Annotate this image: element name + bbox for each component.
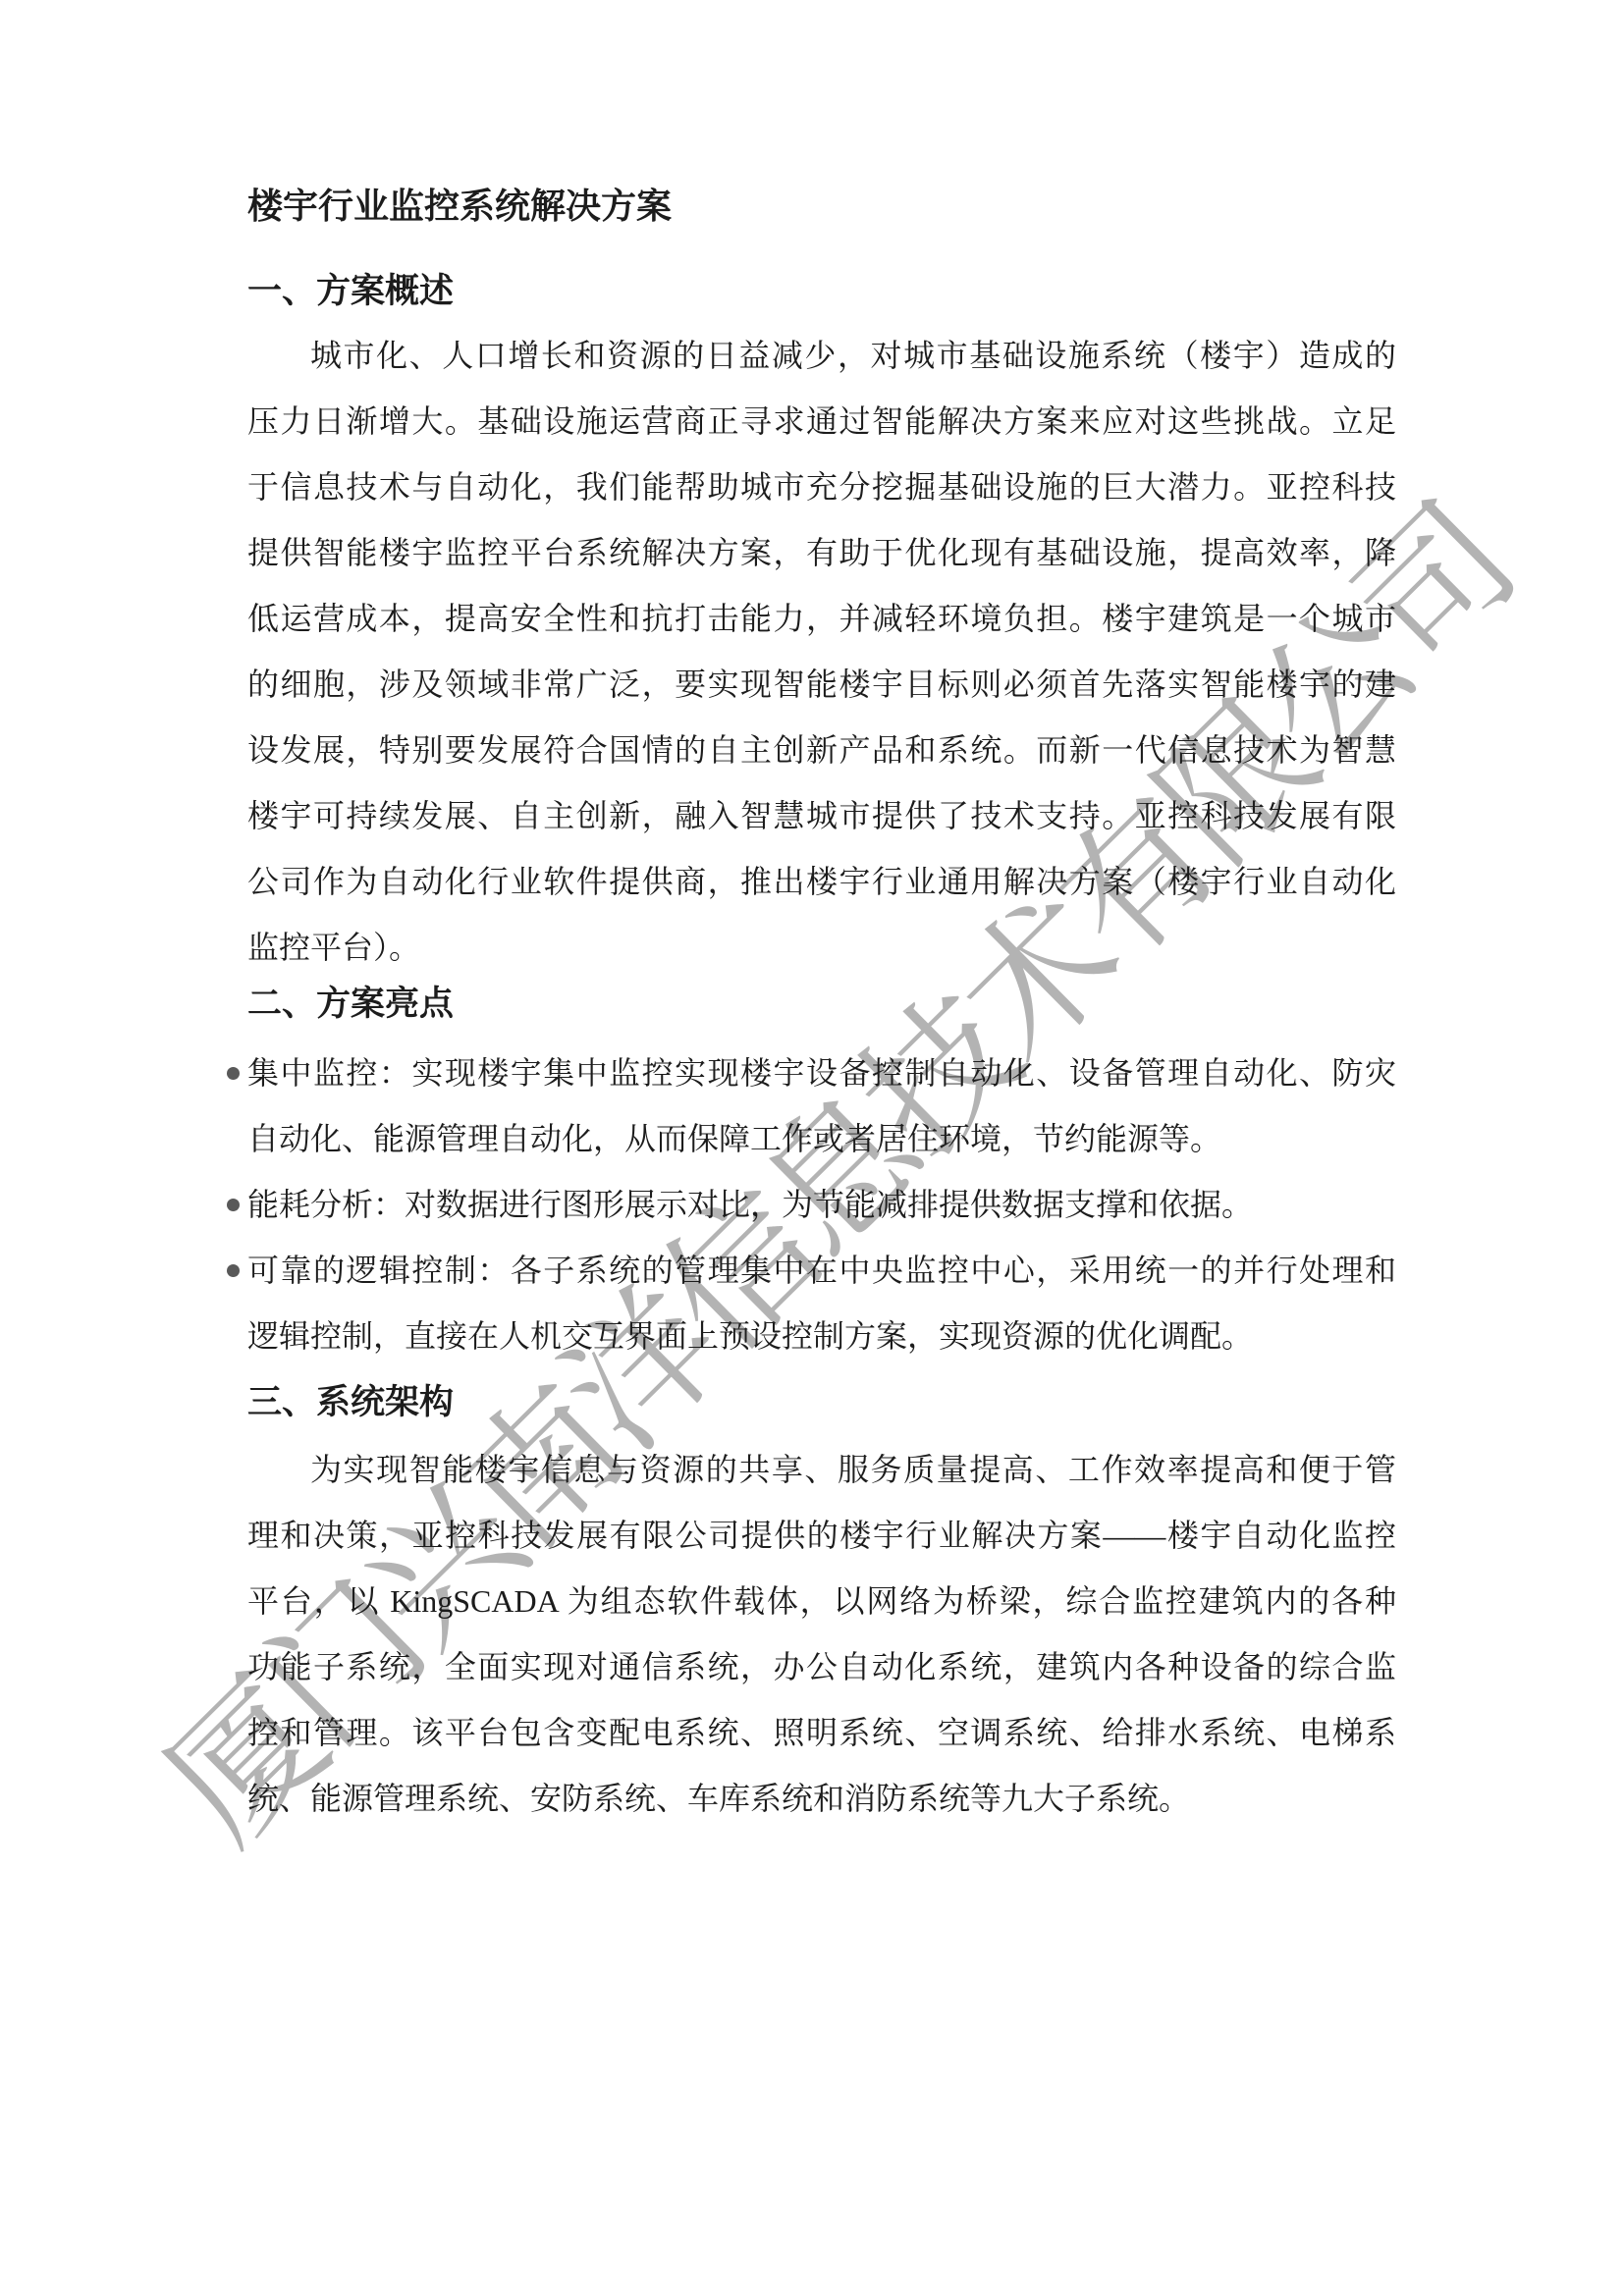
- text-line: 平台，以 KingSCADA 为组态软件载体，以网络为桥梁，综合监控建筑内的各种: [247, 1569, 1396, 1634]
- text-line: 低运营成本，提高安全性和抗打击能力，并减轻环境负担。楼宇建筑是一个城市: [247, 586, 1396, 652]
- section-heading: 三、系统架构: [247, 1369, 1396, 1435]
- document-title: 楼宇行业监控系统解决方案: [247, 180, 672, 233]
- bullet-icon: [227, 1067, 240, 1080]
- bullet-icon: [227, 1199, 240, 1211]
- text-line: 理和决策，亚控科技发展有限公司提供的楼宇行业解决方案——楼宇自动化监控: [247, 1503, 1396, 1569]
- text-line: 能耗分析：对数据进行图形展示对比，为节能减排提供数据支撑和依据。: [247, 1172, 1396, 1238]
- text-line: 统、能源管理系统、安防系统、车库系统和消防系统等九大子系统。: [247, 1766, 1396, 1832]
- bullet-item: 能耗分析：对数据进行图形展示对比，为节能减排提供数据支撑和依据。: [247, 1172, 1396, 1238]
- text-line: 的细胞，涉及领域非常广泛，要实现智能楼宇目标则必须首先落实智能楼宇的建: [247, 652, 1396, 718]
- text-line: 公司作为自动化行业软件提供商，推出楼宇行业通用解决方案（楼宇行业自动化: [247, 849, 1396, 915]
- text-line: 压力日渐增大。基础设施运营商正寻求通过智能解决方案来应对这些挑战。立足: [247, 389, 1396, 454]
- text-line: 提供智能楼宇监控平台系统解决方案，有助于优化现有基础设施，提高效率，降: [247, 520, 1396, 586]
- bullet-item: 可靠的逻辑控制：各子系统的管理集中在中央监控中心，采用统一的并行处理和逻辑控制，…: [247, 1238, 1396, 1369]
- document-content: 楼宇行业监控系统解决方案 一、方案概述城市化、人口增长和资源的日益减少，对城市基…: [0, 0, 1624, 2296]
- text-line: 可靠的逻辑控制：各子系统的管理集中在中央监控中心，采用统一的并行处理和: [247, 1238, 1396, 1304]
- bullet-list: 集中监控：实现楼宇集中监控实现楼宇设备控制自动化、设备管理自动化、防灾自动化、能…: [247, 1041, 1396, 1369]
- text-line: 功能子系统，全面实现对通信系统，办公自动化系统，建筑内各种设备的综合监: [247, 1634, 1396, 1700]
- section-heading: 二、方案亮点: [247, 971, 1396, 1037]
- paragraph: 城市化、人口增长和资源的日益减少，对城市基础设施系统（楼宇）造成的压力日渐增大。…: [247, 323, 1396, 981]
- text-line: 控和管理。该平台包含变配电系统、照明系统、空调系统、给排水系统、电梯系: [247, 1700, 1396, 1766]
- bullet-icon: [227, 1264, 240, 1277]
- paragraph: 为实现智能楼宇信息与资源的共享、服务质量提高、工作效率提高和便于管理和决策，亚控…: [247, 1437, 1396, 1832]
- text-line: 楼宇可持续发展、自主创新，融入智慧城市提供了技术支持。亚控科技发展有限: [247, 783, 1396, 849]
- text-line: 于信息技术与自动化，我们能帮助城市充分挖掘基础设施的巨大潜力。亚控科技: [247, 454, 1396, 520]
- section-heading: 一、方案概述: [247, 258, 1396, 324]
- text-line: 设发展，特别要发展符合国情的自主创新产品和系统。而新一代信息技术为智慧: [247, 718, 1396, 783]
- text-line: 为实现智能楼宇信息与资源的共享、服务质量提高、工作效率提高和便于管: [247, 1437, 1396, 1503]
- bullet-item: 集中监控：实现楼宇集中监控实现楼宇设备控制自动化、设备管理自动化、防灾自动化、能…: [247, 1041, 1396, 1172]
- text-line: 集中监控：实现楼宇集中监控实现楼宇设备控制自动化、设备管理自动化、防灾: [247, 1041, 1396, 1106]
- text-line: 自动化、能源管理自动化，从而保障工作或者居住环境，节约能源等。: [247, 1106, 1396, 1172]
- document-page: 厦门兴南洋信息技术有限公司 楼宇行业监控系统解决方案 一、方案概述城市化、人口增…: [0, 0, 1624, 2296]
- text-line: 逻辑控制，直接在人机交互界面上预设控制方案，实现资源的优化调配。: [247, 1304, 1396, 1369]
- text-line: 城市化、人口增长和资源的日益减少，对城市基础设施系统（楼宇）造成的: [247, 323, 1396, 389]
